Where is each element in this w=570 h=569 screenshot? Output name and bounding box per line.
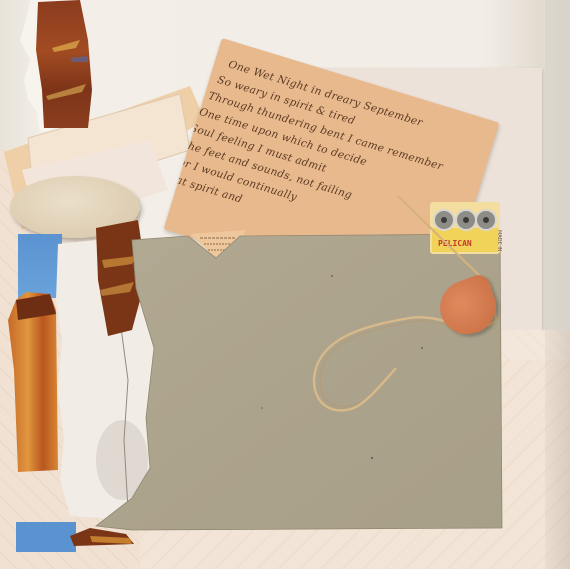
brown-streak-bottom [70,526,136,550]
rust-paint-strip [30,0,100,135]
collage-artwork: One Wet Night in dreary September So wea… [0,0,570,569]
blue-paint-strip-bottom [16,522,76,552]
frame-shadow-right [545,0,570,569]
